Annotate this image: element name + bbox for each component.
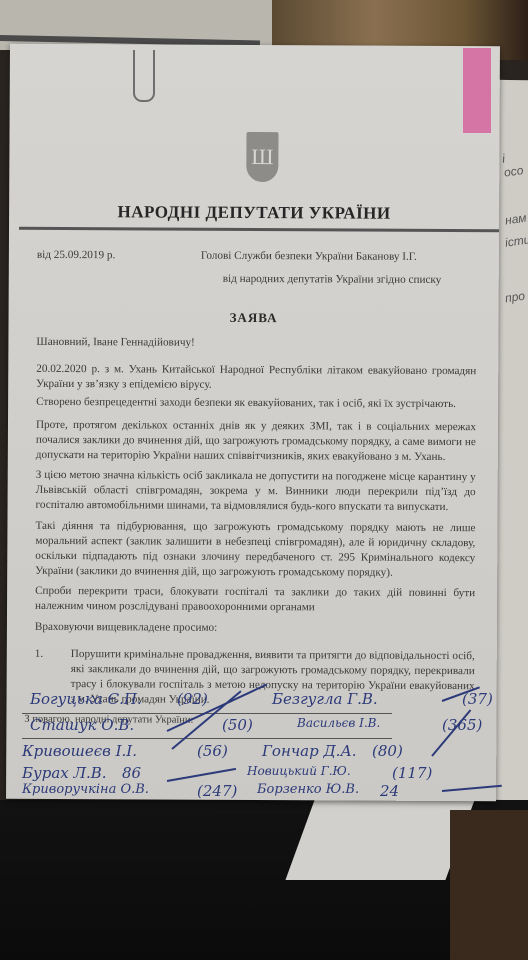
signature-name: Кривошеєв І.І.	[22, 742, 137, 760]
signature-block: Богуцька Є.П. (92) Безгугла Г.В. (37) Ст…	[22, 690, 497, 800]
trident-emblem-icon: Ш	[246, 132, 278, 182]
signature-number: 24	[380, 782, 399, 800]
paperclip-icon	[133, 50, 155, 102]
paragraph: 20.02.2020 р. з м. Ухань Китайської Наро…	[36, 362, 476, 394]
signature-name: Борзенко Ю.В.	[257, 782, 359, 797]
signature-name: Бурах Л.В.	[22, 764, 107, 782]
signature-name: Васильєв І.В.	[297, 716, 380, 730]
paragraph: З цією метою значна кількість осіб закли…	[36, 468, 476, 515]
paragraph: Спроби перекрити траси, блокувати госпіт…	[35, 584, 475, 616]
background-wood	[450, 810, 528, 960]
signature-number: (92)	[177, 690, 208, 708]
addressee: Голові Служби безпеки України Баканову І…	[201, 249, 417, 265]
signature-name: Криворучкіна О.В.	[22, 782, 149, 797]
background-text: нам	[504, 211, 527, 228]
background-text: про	[504, 289, 526, 306]
letterhead-title: НАРОДНІ ДЕПУТАТИ УКРАЇНИ	[9, 202, 499, 225]
signature-name: Новицький Г.Ю.	[247, 764, 351, 778]
signature-name: Сташук О.В.	[30, 716, 134, 734]
signature-name: Гончар Д.А.	[262, 742, 357, 760]
signature-line	[22, 738, 392, 739]
signature-name: Безгугла Г.В.	[272, 690, 378, 708]
signature-number: (56)	[197, 742, 228, 760]
signature-number: (117)	[392, 764, 432, 782]
sticky-note	[463, 48, 491, 133]
signature-number: 86	[122, 764, 141, 782]
background-paper	[285, 800, 474, 880]
paragraph: Створено безпрецедентні заходи безпеки я…	[36, 395, 476, 412]
paragraph: Проте, протягом декількох останніх днів …	[36, 418, 476, 465]
date-line: від 25.09.2019 р.	[37, 248, 115, 263]
statement-title: ЗАЯВА	[9, 309, 499, 328]
signature-scrawl	[167, 768, 236, 782]
sender-line: від народних депутатів України згідно сп…	[223, 272, 442, 288]
salutation: Шановний, Іване Геннадійовичу!	[36, 335, 194, 351]
signature-scrawl	[442, 785, 502, 792]
signature-name: Богуцька Є.П.	[30, 690, 142, 708]
letterhead-divider	[19, 227, 499, 233]
paragraph: Такі діяння та підбурювання, що загрожую…	[35, 519, 475, 581]
background-text: істи	[504, 232, 528, 249]
document-page: Ш НАРОДНІ ДЕПУТАТИ УКРАЇНИ від 25.09.201…	[6, 44, 500, 802]
background-text: і осо	[501, 148, 528, 179]
signature-number: (50)	[222, 716, 253, 734]
signature-number: (247)	[197, 782, 237, 800]
signature-number: (80)	[372, 742, 403, 760]
paragraph: Враховуючи вищевикладене просимо:	[35, 620, 475, 637]
request-number: 1.	[35, 647, 43, 662]
